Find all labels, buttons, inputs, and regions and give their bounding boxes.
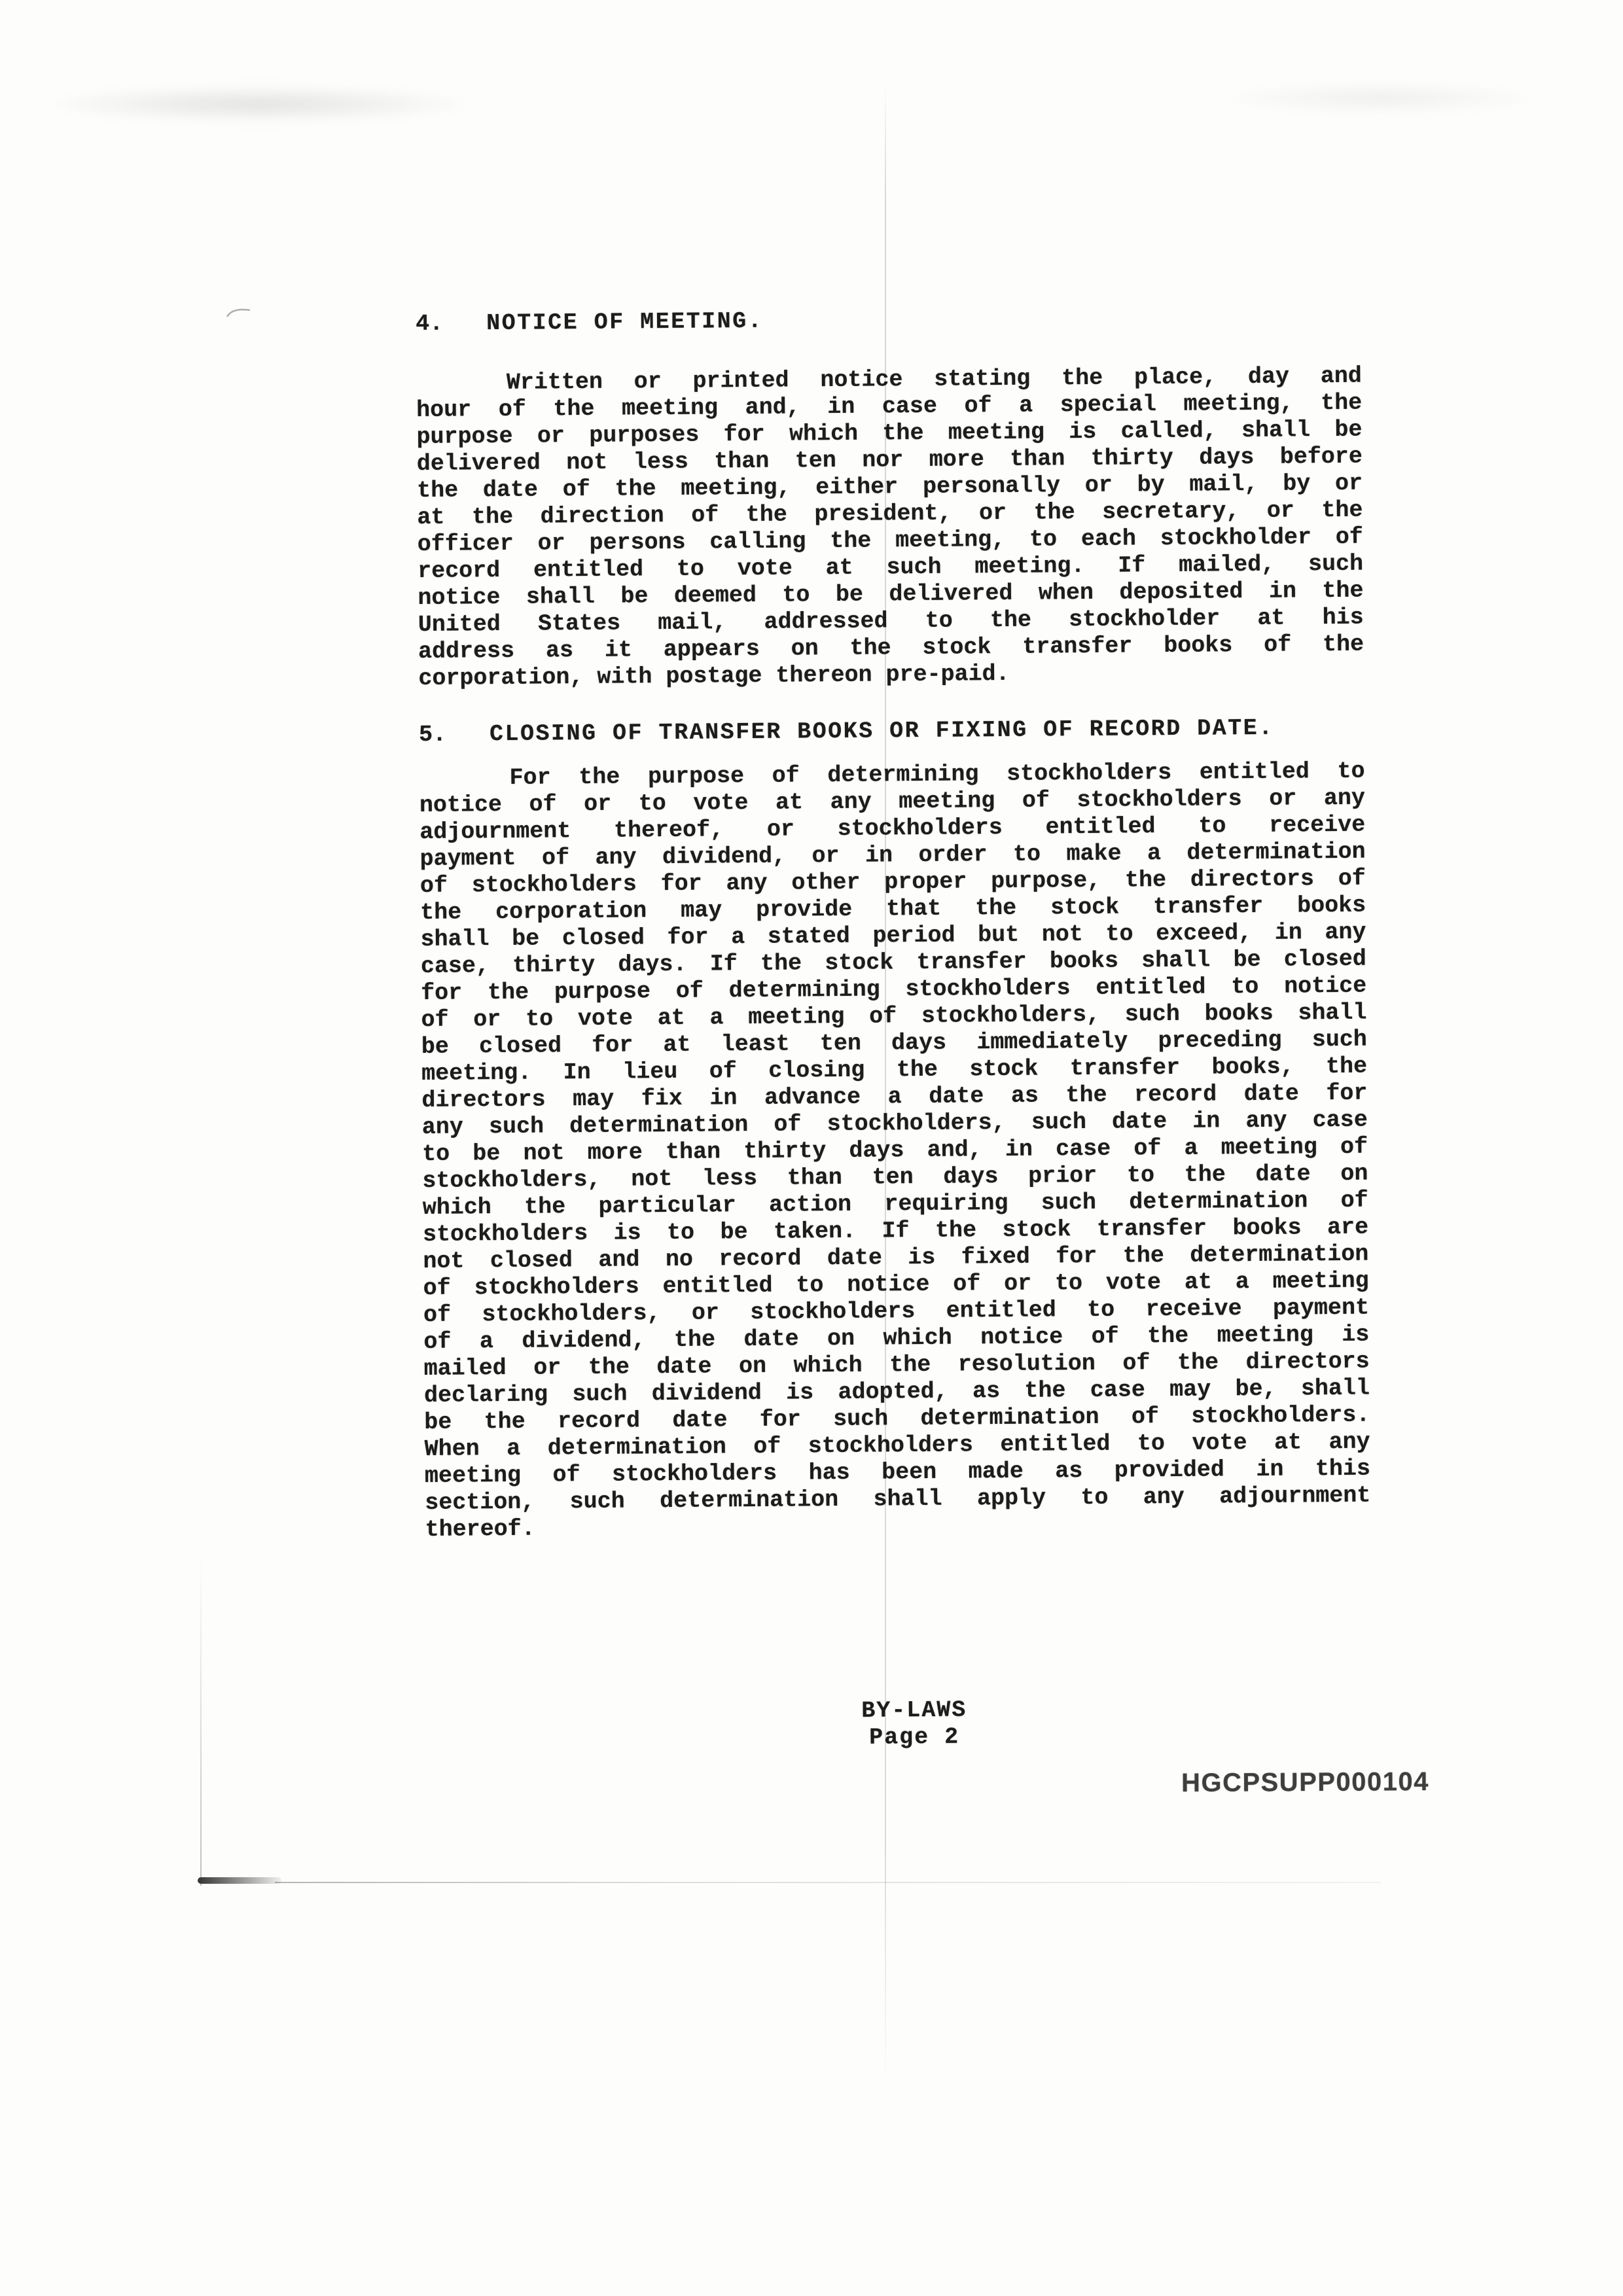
- section-4-number: 4.: [416, 310, 486, 338]
- section-5-number: 5.: [419, 721, 490, 749]
- footer-document-title: BY-LAWS: [796, 1697, 1032, 1725]
- bottom-corner-mark: [198, 1877, 281, 1884]
- left-fold-line: [200, 1557, 202, 1886]
- section-5-title: CLOSING OF TRANSFER BOOKS OR FIXING OF R…: [490, 715, 1274, 747]
- section-4-paragraph: Written or printed notice stating the pl…: [416, 363, 1364, 692]
- page-footer: BY-LAWS Page 2: [796, 1697, 1033, 1752]
- section-5-heading: 5.CLOSING OF TRANSFER BOOKS OR FIXING OF…: [419, 715, 1364, 749]
- pencil-mark: [225, 305, 254, 321]
- section-5-paragraph: For the purpose of determining stockhold…: [419, 758, 1370, 1544]
- footer-page-number: Page 2: [796, 1723, 1032, 1752]
- section-4-heading: 4.NOTICE OF MEETING.: [416, 304, 1361, 338]
- document-body: 4.NOTICE OF MEETING. Written or printed …: [416, 304, 1371, 1544]
- scan-smudge-top-left: [36, 85, 481, 123]
- scanned-document-page: 4.NOTICE OF MEETING. Written or printed …: [0, 0, 1623, 2296]
- scan-smudge-top-right: [1211, 82, 1551, 115]
- bates-stamp: HGCPSUPP000104: [1181, 1767, 1429, 1798]
- section-4-title: NOTICE OF MEETING.: [486, 308, 763, 336]
- page-bottom-edge-line: [275, 1882, 1381, 1883]
